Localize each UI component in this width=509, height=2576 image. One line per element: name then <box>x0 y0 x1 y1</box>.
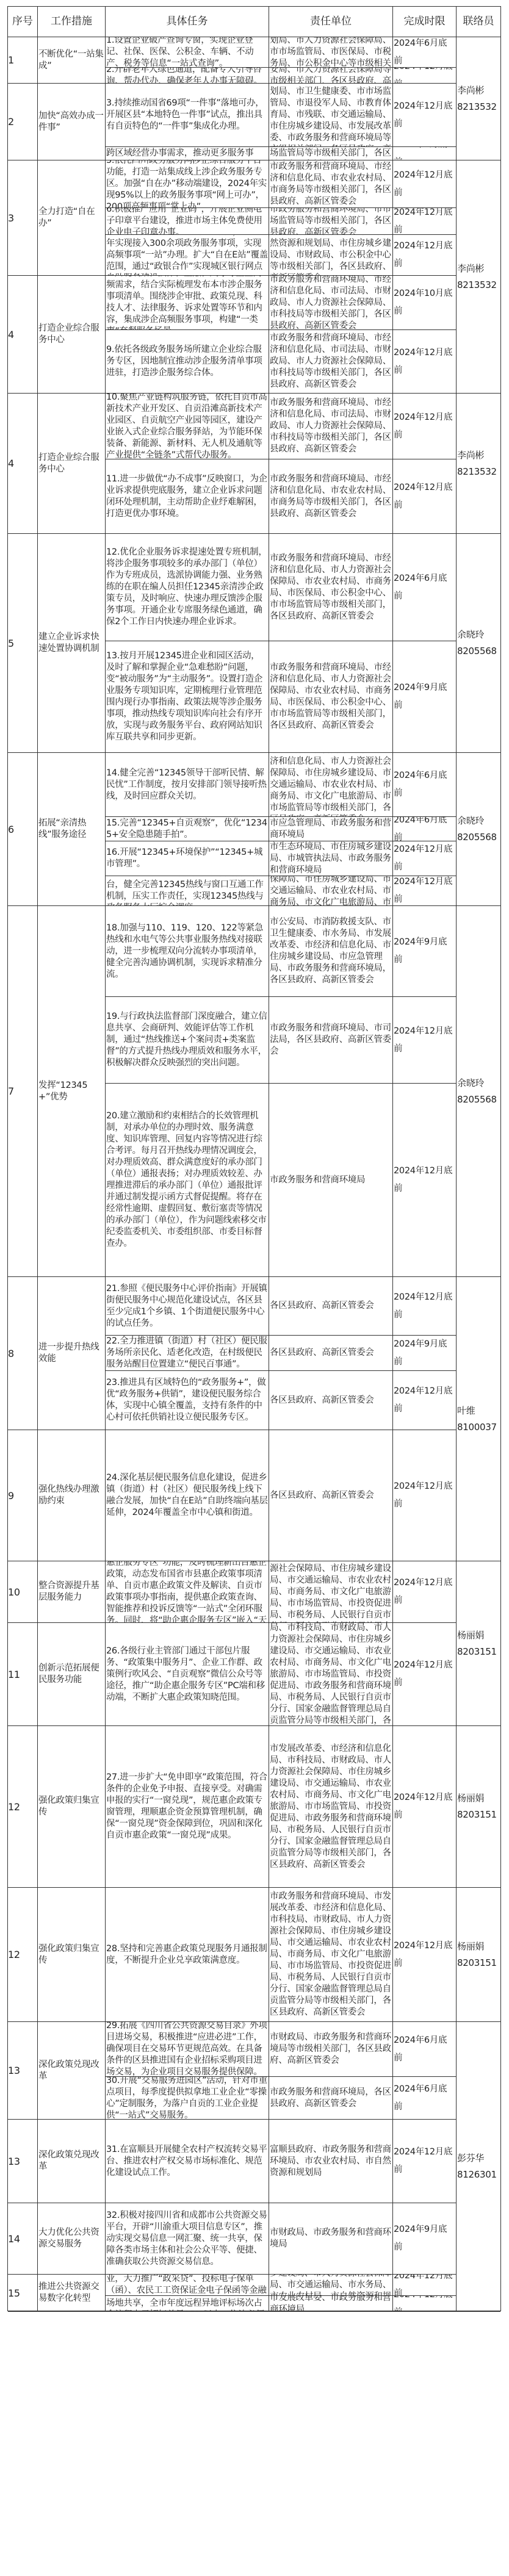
deadline: 2024年9月底前 <box>393 147 457 160</box>
work-measure-text: 大力优化公共资源交易服务 <box>38 2228 99 2249</box>
task-description: 12.优化企业服务诉求提速处置专班机制，将涉企服务事项较多的承办部门（单位）作为… <box>106 534 269 641</box>
task-description: 27.进一步扩大“免申即享”政策范围，符合条件的企业免予申报、直接享受。对确需申… <box>106 1726 269 1888</box>
work-measure-text: 强化政策归集宣传 <box>38 1796 99 1817</box>
deadline: 2024年12月底前 <box>393 1371 457 1430</box>
deadline-text: 2024年12月底前 <box>394 1660 452 1688</box>
task-description-text: 2.开辟老年人绿色通道，配备专人引导咨询、帮办代办，确保老年人办事无障碍。 <box>106 68 262 84</box>
deadline: 2024年12月底前 <box>393 330 457 394</box>
row-seq-number-text: 7 <box>8 1085 14 1097</box>
work-measure-text: 进一步提升热线效能 <box>38 1342 99 1364</box>
responsible-units: 市发展改革委、市政务服务和营商环境局 <box>269 2296 393 2312</box>
responsible-units: 市政务服务和营商环境局，各区县政府、高新区管委会 <box>269 2077 393 2120</box>
responsible-units: 市政务服务和营商环境局、市经济和信息化局、市农业农村局、市商务局等市级相关部门，… <box>269 459 393 534</box>
responsible-units-text: 市政务服务和营商环境局 <box>270 1175 365 1185</box>
task-description-text: 32.积极对接四川省和成都市公共资源交易平台，开辟“川渝重大项目信息专区”，推动… <box>106 2211 267 2267</box>
responsible-units-text: 市政务服务和营商环境局，各区县政府、高新区管委会 <box>270 2087 391 2109</box>
row-seq-number: 12 <box>8 1726 38 1888</box>
deadline-text: 2024年6月底前 <box>394 38 447 66</box>
contact-person-text-1: 8203151 <box>457 1646 497 1657</box>
row-seq-number-text: 1 <box>8 54 14 66</box>
responsible-units-text: 市政务服务和营商环境局、市经济和信息化局、市人力资源社会保障局、市农业农村局、市… <box>270 553 391 621</box>
deadline: 2024年12月底前 <box>393 1623 457 1726</box>
responsible-units-text: 各区县政府、高新区管委会 <box>270 1301 374 1311</box>
contact-person-text-1: 8100037 <box>457 1422 497 1433</box>
row-seq-number-text: 13 <box>8 2156 20 2167</box>
responsible-units: 市政务服务和营商环境局、市经济和信息化局、市人力资源社会保障局、市农业农村局、市… <box>269 534 393 641</box>
row-seq-number-text: 8 <box>8 1348 14 1359</box>
deadline: 2024年12月底前 <box>393 459 457 534</box>
contact-person: 李尚彬8213532 <box>457 37 500 160</box>
task-description: 13.按月开展12345进企业和园区活动，及时了解和掌握企业“急难愁盼”问题，变… <box>106 641 269 753</box>
deadline: 2024年10月底前 <box>393 276 457 330</box>
task-description: 19.与行政执法监督部门深度融合，建立信息共享、会商研判、效能评估等工作机制，通… <box>106 997 269 1084</box>
deadline: 2024年9月底前 <box>393 641 457 753</box>
row-seq-number: 4 <box>8 394 38 534</box>
work-measure-text: 全力打造“自在办” <box>38 207 95 228</box>
deadline: 2024年12月底前 <box>393 84 457 147</box>
responsible-units-text: 市政务服务和营商环境局、市发展改革委、市财政局、市住房城乡建设局、市人力资源社会… <box>270 2275 391 2296</box>
responsible-units-text: 市发展改革委、市政务服务和营商环境局 <box>270 2296 391 2312</box>
responsible-units: 市公安局、市民政局、市人力资源社会保障局、市自然资源和规划局、市卫生健康委、市市… <box>269 84 393 147</box>
contact-person-text-1: 8205568 <box>457 1094 497 1105</box>
deadline-text: 2024年12月底前 <box>394 2147 452 2175</box>
row-seq-number: 2 <box>8 84 38 160</box>
work-measure-text: 创新示范拓展便民服务功能 <box>38 1663 99 1685</box>
deadline-text: 2024年12月底前 <box>394 170 452 198</box>
responsible-units: 市发展改革委、市经济和信息化局、市科技局、市财政局、市人力资源社会保障局、市住房… <box>269 1726 393 1888</box>
row-seq-number-text: 4 <box>8 329 14 340</box>
row-seq-number-text: 14 <box>8 2233 20 2245</box>
deadline: 2024年12月底前 <box>393 68 457 84</box>
row-seq-number: 5 <box>8 534 38 753</box>
deadline-text: 2024年12月底前 <box>394 1166 452 1193</box>
contact-person: 杨丽娟8203151 <box>457 1726 500 1888</box>
responsible-units: 市政务服务和营商环境局、市发展改革委、市经济和信息化局、市科技局、市财政局、市人… <box>269 1561 393 1623</box>
deadline: 2024年9月底前 <box>393 2203 457 2275</box>
task-description-text: 22.全力推进镇（街道）村（社区）便民服务场所亲民化、适老化改造，在村级便民服务… <box>106 1336 267 1369</box>
task-description: 17.打造“12345+政务大厅”综合服务平台，健全完善12345热线与窗口互通… <box>106 876 269 906</box>
contact-person-text: 彭芬华 <box>457 2153 484 2164</box>
row-seq-number-text: 13 <box>8 2065 20 2076</box>
work-measure-text: 打造企业综合服务中心 <box>38 453 99 474</box>
row-seq-number: 7 <box>8 906 38 1277</box>
row-seq-number: 1 <box>8 37 38 84</box>
contact-person: 余晓玲8205568 <box>457 753 500 906</box>
responsible-units: 市政务服务和营商环境局 <box>269 1084 393 1277</box>
row-seq-number: 13 <box>8 2022 38 2120</box>
task-description: 4.着力推进高频事项全域通办，聚焦企业跨区域经营办事需求，推动更多服务事项“川渝… <box>106 147 269 160</box>
row-seq-number: 10 <box>8 1561 38 1623</box>
row-seq-number: 6 <box>8 753 38 906</box>
contact-person-text-1: 8126301 <box>457 2169 497 2180</box>
contact-person-text: 李尚彬 <box>457 85 484 96</box>
task-description: 26.各级行业主管部门通过干部包片服务、“政策集中服务月”、企业工作群、政策例行… <box>106 1623 269 1726</box>
responsible-units: 市财政局、市政务服务和营商环境局等市级相关部门，各区县政府、高新区管委会 <box>269 2022 393 2077</box>
contact-person-text: 杨丽娟 <box>457 1793 484 1804</box>
responsible-units-text: 市财政局、市政务服务和营商环境局等市级相关部门，各区县政府、高新区管委会 <box>270 2032 391 2065</box>
contact-person: 彭芬华8126301 <box>457 2022 500 2312</box>
task-description: 31.在富顺县开展健全农村产权流转交易平台、推进农村产权交易市场标准化、规范化建… <box>106 2120 269 2203</box>
deadline: 2024年12月底前 <box>393 997 457 1084</box>
task-description: 9.依托各级政务服务场所建立企业综合服务专区，因地制宜推动涉企服务清单事项进驻，… <box>106 330 269 394</box>
contact-person: 余晓玲8205568 <box>457 534 500 753</box>
contact-person-text-1: 8213532 <box>457 101 497 112</box>
work-measure: 大力优化公共资源交易服务 <box>38 2203 106 2275</box>
task-description-text: 12.优化企业服务诉求提速处置专班机制，将涉企服务事项较多的承办部门（单位）作为… <box>106 547 267 627</box>
responsible-units: 市政务服务和营商环境局、市司法局，各区县政府、高新区管委会 <box>269 997 393 1084</box>
contact-person-text-1: 8203151 <box>457 1957 497 1968</box>
row-seq-number-text: 4 <box>8 458 14 469</box>
task-description-text: 31.在富顺县开展健全农村产权流转交易平台、推进农村产权交易市场标准化、规范化建… <box>106 2145 267 2178</box>
work-measure: 加快“高效办成一件事” <box>38 84 106 160</box>
task-description-text: 34.深入推进工程建设项目异地远程评标和不见面开标常态化开展，实现市、区交易场地… <box>106 2296 267 2312</box>
deadline: 2024年12月底前 <box>393 2120 457 2203</box>
deadline-text: 2024年12月底前 <box>394 1481 452 1509</box>
deadline-text: 2024年6月底前 <box>394 574 447 601</box>
task-description: 10.聚焦产业链构筑服务链，依托自贡市高新技术产业开发区、自贡沿滩高新技术产业园… <box>106 394 269 459</box>
work-measure-text: 拓展“亲清热线”服务途径 <box>38 818 86 840</box>
responsible-units-text: 市政务服务和营商环境局、市市场监管局等市级相关部门，各区县政府、高新区管委会 <box>270 147 391 160</box>
deadline-text: 2024年12月底前 <box>394 1386 452 1414</box>
task-description: 20.建立激励和约束相结合的长效管理机制，对承办单位的办理时效、服务满意度、知识… <box>106 1084 269 1277</box>
responsible-units-text: 各区县政府、高新区管委会 <box>270 1395 374 1405</box>
row-seq-number: 8 <box>8 1277 38 1430</box>
deadline-text: 2024年12月底前 <box>394 1941 452 1968</box>
deadline: 2024年6月底前 <box>393 37 457 68</box>
deadline: 2024年6月底前 <box>393 753 457 817</box>
deadline-text: 2024年9月底前 <box>394 683 447 710</box>
deadline-text: 2024年12月底前 <box>394 844 452 872</box>
deadline: 2024年12月底前 <box>393 1888 457 2022</box>
responsible-units-text: 各区县政府、高新区管委会 <box>270 1348 374 1358</box>
responsible-units: 富顺县政府、市政务服务和营商环境局、市农业农村局、市自然资源和规划局 <box>269 2120 393 2203</box>
task-description: 23.推进具有区域特色的“政务服务+”，做优“政务服务+供销”，建设便民服务综合… <box>106 1371 269 1430</box>
responsible-units: 各区县政府、高新区管委会 <box>269 1371 393 1430</box>
work-measure: 强化政策归集宣传 <box>38 1888 106 2022</box>
responsible-units: 市公安局、市消防救援支队、市卫生健康委、市水务局、市发展改革委、市经济和信息化局… <box>269 906 393 997</box>
contact-person-text-1: 8203151 <box>457 1809 497 1820</box>
task-description: 34.深入推进工程建设项目异地远程评标和不见面开标常态化开展，实现市、区交易场地… <box>106 2296 269 2312</box>
task-description: 3.持续推动国省69项“一件事”落地可办，开展区县“本地特色一件事”试点，推出具… <box>106 84 269 147</box>
work-measure-text: 不断优化“一站集成” <box>38 49 104 71</box>
work-measure-text: 建立企业诉求快速处置协调机制 <box>38 632 99 653</box>
task-description-text: 13.按月开展12345进企业和园区活动，及时了解和掌握企业“急难愁盼”问题，变… <box>106 651 262 742</box>
task-description: 25.完善一体化政务服务平台自贡市“助企惠企服务专区”功能，及时梳理新出台惠企政… <box>106 1561 269 1623</box>
contact-person-text: 李尚彬 <box>457 450 484 461</box>
deadline-text: 2024年12月底前 <box>394 412 452 440</box>
deadline-text: 2024年12月底前 <box>394 877 452 904</box>
responsible-units-text: 市应急管理局、市政务服务和营商环境局 <box>270 818 391 840</box>
task-description: 30.开展“交易服务进园区”活动，针对市重点项目，每季度提供拟拿地工业企业“零操… <box>106 2077 269 2120</box>
task-description-text: 33.公共资源电子交易平台增设金融服务类板块，金融政策及优惠政策直通投标企业，大… <box>106 2275 267 2296</box>
deadline-text: 2024年12月底前 <box>394 1292 452 1320</box>
contact-person-text: 叶维 <box>457 1405 475 1416</box>
task-description: 6.积极推广应用“企业码”，开展企业侧电子印章平台建设，推进市场主体免费使用企业… <box>106 208 269 235</box>
deadline: 2024年9月底前 <box>393 1336 457 1371</box>
task-description-text: 30.开展“交易服务进园区”活动，针对市重点项目，每季度提供拟拿地工业企业“零操… <box>106 2077 267 2120</box>
responsible-units-text: 市发展改革委、市经济和信息化局、市科技局、市财政局、市人力资源社会保障局、市住房… <box>270 1623 391 1726</box>
task-description-text: 8.围绕政策、法律、金融、人才等企业高频需求，结合实际梳理发布本市涉企服务事项清… <box>106 276 262 330</box>
deadline: 2024年12月底前 <box>393 1726 457 1888</box>
responsible-units: 市政务服务和营商环境局、市经济和信息化局、市人力资源社会保障局、市住房城乡建设局… <box>269 753 393 817</box>
task-description-text: 29.拓展《四川省公共资源交易目录》外项目进场交易，积极推进“应进必进”工作，确… <box>106 2022 267 2077</box>
responsible-units-text: 市政务服务和营商环境局、市自然资源和规划局、市住房城乡建设局、市财政局、市公积金… <box>270 235 391 276</box>
deadline: 2024年12月底前 <box>393 1430 457 1561</box>
responsible-units: 市政务服务和营商环境局、市经济和信息化局、市农业农村局、市商务局等市级相关部门，… <box>269 160 393 208</box>
deadline: 2024年12月底前 <box>393 2275 457 2296</box>
deadline-text: 2024年12月底前 <box>394 2296 452 2312</box>
task-description: 11.进一步做优“办不成事”反映窗口，为企业诉求提供兜底服务，建立企业诉求问题闭… <box>106 459 269 534</box>
task-description: 22.全力推进镇（街道）村（社区）便民服务场所亲民化、适老化改造，在村级便民服务… <box>106 1336 269 1371</box>
task-description-text: 14.健全完善“12345领导干部听民情、解民忧”工作制度，按月安排部门领导接听… <box>106 768 267 801</box>
work-measure: 强化热线办理激励约束 <box>38 1430 106 1561</box>
task-description-text: 26.各级行业主管部门通过干部包片服务、“政策集中服务月”、企业工作群、政策例行… <box>106 1646 265 1702</box>
row-seq-number: 4 <box>8 276 38 394</box>
deadline: 2024年12月底前 <box>393 235 457 276</box>
responsible-units: 市应急管理局、市政务服务和营商环境局 <box>269 817 393 841</box>
work-measure-text: 整合资源提升基层服务能力 <box>38 1581 99 1602</box>
row-seq-number-text: 10 <box>8 1586 20 1598</box>
row-seq-number: 11 <box>8 1623 38 1726</box>
contact-person-text: 余晓玲 <box>457 1078 484 1088</box>
row-seq-number: 15 <box>8 2275 38 2312</box>
contact-person: 李尚彬8213532 <box>457 394 500 534</box>
deadline-text: 2024年6月底前 <box>394 771 447 798</box>
deadline: 2024年12月底前 <box>393 841 457 876</box>
work-measure-text: 发挥“12345+”优势 <box>38 1081 87 1102</box>
contact-person: 李尚彬8213532 <box>457 160 500 394</box>
work-measure: 全力打造“自在办” <box>38 160 106 276</box>
responsible-units: 各区县政府、高新区管委会 <box>269 1277 393 1336</box>
responsible-units: 市政务服务和营商环境局、市市场监管局等市级相关部门，各区县政府、高新区管委会 <box>269 208 393 235</box>
deadline-text: 2024年6月底前 <box>394 2035 447 2063</box>
work-task-table: 序号 工作措施 具体任务 责任单位 完成时限 联络员 1不断优化“一站集成”2加… <box>7 6 501 2311</box>
responsible-units-text: 市政务服务和营商环境局、市经济和信息化局、市司法局、市财政局、市人力资源社会保障… <box>270 398 391 454</box>
deadline: 2024年12月底前 <box>393 876 457 906</box>
task-description-text: 9.依托各级政务服务场所建立企业综合服务专区，因地制宜推动涉企服务清单事项进驻，… <box>106 345 262 378</box>
responsible-units: 市法院、市政务服务和营商环境局、市公安局、市自然资源和规划局、市人力资源社会保障… <box>269 37 393 68</box>
contact-person-text-1: 8213532 <box>457 466 497 477</box>
responsible-units: 市发展改革委、市经济和信息化局、市科技局、市财政局、市人力资源社会保障局、市住房… <box>269 1623 393 1726</box>
deadline: 2024年12月底前 <box>393 1084 457 1277</box>
responsible-units-text: 市政务服务和营商环境局、市经济和信息化局、市人力资源社会保障局、市住房城乡建设局… <box>270 753 391 817</box>
row-seq-number-text: 9 <box>8 1490 14 1502</box>
work-measure: 深化政策兑现改革 <box>38 2022 106 2120</box>
work-measure: 打造企业综合服务中心 <box>38 394 106 534</box>
work-measure-text: 强化政策归集宣传 <box>38 1944 99 1965</box>
responsible-units: 市政务服务和营商环境局、市经济和信息化局、市人力资源社会保障局、市住房城乡建设局… <box>269 876 393 906</box>
responsible-units-text: 市公安局、市消防救援支队、市卫生健康委、市水务局、市发展改革委、市经济和信息化局… <box>270 917 391 985</box>
task-description: 14.健全完善“12345领导干部听民情、解民忧”工作制度，按月安排部门领导接听… <box>106 753 269 817</box>
contact-person-text: 杨丽娟 <box>457 1941 484 1952</box>
work-measure-text: 加快“高效办成一件事” <box>38 111 104 132</box>
task-description: 32.积极对接四川省和成都市公共资源交易平台，开辟“川渝重大项目信息专区”，推动… <box>106 2203 269 2275</box>
row-seq-number: 9 <box>8 1430 38 1561</box>
task-description: 33.公共资源电子交易平台增设金融服务类板块，金融政策及优惠政策直通投标企业，大… <box>106 2275 269 2296</box>
responsible-units-text: 市法院、市政务服务和营商环境局、市公安局、市自然资源和规划局、市人力资源社会保障… <box>270 37 391 68</box>
row-seq-number-text: 3 <box>8 212 14 224</box>
deadline-text: 2024年10月底前 <box>394 289 452 316</box>
task-description: 1.设置企业破产查询专窗，实现企业登记、社保、医保、公积金、车辆、不动产、税务等… <box>106 37 269 68</box>
responsible-units-text: 市生态环境局、市住房城乡建设局、市城管执法局、市政务服务和营商环境局 <box>270 842 391 875</box>
deadline-text: 2024年9月底前 <box>394 147 447 160</box>
work-measure: 整合资源提升基层服务能力 <box>38 1561 106 1623</box>
deadline-text: 2024年12月底前 <box>394 1026 452 1054</box>
deadline-text: 2024年12月底前 <box>394 2275 452 2296</box>
contact-person: 杨丽娟8203151 <box>457 1888 500 2022</box>
task-description-text: 10.聚焦产业链构筑服务链，依托自贡市高新技术产业开发区、自贡沿滩高新技术产业园… <box>106 394 267 459</box>
responsible-units-text: 市政务服务和营商环境局、市市场监管局等市级相关部门，各区县政府、高新区管委会 <box>270 208 391 235</box>
responsible-units-text: 市政务服务和营商环境局、市经济和信息化局、市司法局、市财政局、市人力资源社会保障… <box>270 276 391 330</box>
header-deadline: 完成时限 <box>393 7 457 37</box>
deadline: 2024年12月底前 <box>393 208 457 235</box>
work-measure-text: 强化热线办理激励约束 <box>38 1484 99 1506</box>
responsible-units-text: 市政务服务和营商环境局、市经济和信息化局、市农业农村局、市商务局等市级相关部门，… <box>270 474 391 519</box>
contact-person: 叶维8100037 <box>457 1277 500 1561</box>
row-seq-number-text: 11 <box>8 1669 20 1680</box>
responsible-units-text: 市政务服务和营商环境局、市经济和信息化局、市司法局、市财政局、市人力资源社会保障… <box>270 333 391 389</box>
responsible-units-text: 市公安局、市民政局、市人力资源社会保障局、市自然资源和规划局、市卫生健康委、市市… <box>270 84 391 147</box>
work-measure: 进一步提升热线效能 <box>38 1277 106 1430</box>
task-description-text: 24.深化基层便民服务信息化建设，促进乡镇（街道）村（社区）便民服务线上线下融合… <box>106 1473 268 1517</box>
task-description: 18.加强与110、119、120、122等紧急热线和水电气等公共事业服务热线对… <box>106 906 269 997</box>
deadline-text: 2024年12月底前 <box>394 1793 452 1820</box>
task-description-text: 19.与行政执法监督部门深度融合，建立信息共享、会商研判、效能评估等工作机制，通… <box>106 1012 267 1068</box>
header-contact: 联络员 <box>457 7 500 37</box>
responsible-units: 市政务服务和营商环境局、市公安局、市人力资源社会保障局等市级相关部门，各区县政府… <box>269 68 393 84</box>
row-seq-number: 13 <box>8 2120 38 2203</box>
deadline: 2024年12月底前 <box>393 1277 457 1336</box>
contact-person-text: 李尚彬 <box>457 263 484 274</box>
responsible-units-text: 市政务服务和营商环境局、市司法局，各区县政府、高新区管委会 <box>270 1023 391 1056</box>
responsible-units: 市政务服务和营商环境局、市经济和信息化局、市司法局、市财政局、市人力资源社会保障… <box>269 276 393 330</box>
work-measure: 强化政策归集宣传 <box>38 1726 106 1888</box>
responsible-units-text: 市政务服务和营商环境局、市发展改革委、市经济和信息化局、市科技局、市财政局、市人… <box>270 1561 391 1623</box>
responsible-units-text: 市发展改革委、市经济和信息化局、市科技局、市财政局、市人力资源社会保障局、市住房… <box>270 1744 391 1869</box>
task-description: 28.坚持和完善惠企政策兑现服务月通报制度，不断提升企业兑享政策满意度。 <box>106 1888 269 2022</box>
responsible-units-text: 市政务服务和营商环境局、市经济和信息化局、市农业农村局、市商务局等市级相关部门，… <box>270 162 391 206</box>
task-description-text: 20.建立激励和约束相结合的长效管理机制，对承办单位的办理时效、服务满意度、知识… <box>106 1111 267 1248</box>
responsible-units: 市政务服务和营商环境局、市自然资源和规划局、市住房城乡建设局、市财政局、市公积金… <box>269 235 393 276</box>
responsible-units-text: 市政务服务和营商环境局、市发展改革委、市经济和信息化局、市科技局、市财政局、市人… <box>270 1891 391 2017</box>
responsible-units: 市政务服务和营商环境局、市经济和信息化局、市司法局、市财政局、市人力资源社会保障… <box>269 330 393 394</box>
deadline-text: 2024年12月底前 <box>394 208 452 235</box>
task-description: 24.深化基层便民服务信息化建设，促进乡镇（街道）村（社区）便民服务线上线下融合… <box>106 1430 269 1561</box>
row-seq-number-text: 15 <box>8 2287 20 2299</box>
task-description: 2.开辟老年人绿色通道，配备专人引导咨询、帮办代办，确保老年人办事无障碍。 <box>106 68 269 84</box>
header-units: 责任单位 <box>269 7 393 37</box>
responsible-units-text: 市政务服务和营商环境局、市经济和信息化局、市人力资源社会保障局、市农业农村局、市… <box>270 663 391 730</box>
header-measure: 工作措施 <box>38 7 106 37</box>
task-description: 21.参照《便民服务中心评价指南》开展镇街便民服务中心规范化建设试点，各区县至少… <box>106 1277 269 1336</box>
deadline-text: 2024年12月底前 <box>394 1578 452 1605</box>
work-measure: 打造企业综合服务中心 <box>38 276 106 394</box>
responsible-units: 市财政局、市政务服务和营商环境局 <box>269 2203 393 2275</box>
deadline-text: 2024年12月底前 <box>394 68 452 84</box>
deadline-text: 2024年12月底前 <box>394 348 452 375</box>
header-task: 具体任务 <box>106 7 269 37</box>
contact-person-text: 余晓玲 <box>457 815 484 826</box>
responsible-units-text: 各区县政府、高新区管委会 <box>270 1491 374 1500</box>
work-measure-text: 深化政策兑现改革 <box>38 2060 99 2081</box>
task-description-text: 23.推进具有区域特色的“政务服务+”，做优“政务服务+供销”，建设便民服务综合… <box>106 1378 265 1422</box>
contact-person-text-1: 8205568 <box>457 832 497 843</box>
deadline-text: 2024年6月底前 <box>394 2084 447 2112</box>
task-description-text: 1.设置企业破产查询专窗，实现企业登记、社保、医保、公积金、车辆、不动产、税务等… <box>106 37 253 68</box>
task-description-text: 27.进一步扩大“免申即享”政策范围，符合条件的企业免予申报、直接享受。对确需申… <box>106 1772 267 1840</box>
work-measure: 深化政策兑现改革 <box>38 2120 106 2203</box>
work-measure: 拓展“亲清热线”服务途径 <box>38 753 106 906</box>
work-measure: 建立企业诉求快速处置协调机制 <box>38 534 106 753</box>
task-description-text: 5.依托四川政务服务网涉企综合服务平台功能，打造一站集成线上涉企政务服务专区。加… <box>106 160 267 208</box>
work-measure-text: 深化政策兑现改革 <box>38 2150 99 2171</box>
contact-person-text-1: 8213532 <box>457 279 497 290</box>
task-description-text: 16.开展“12345+环境保护”“12345+城市管理”。 <box>106 847 262 869</box>
work-measure: 推进公共资源交易数字化转型 <box>38 2275 106 2312</box>
row-seq-number: 12 <box>8 1888 38 2022</box>
responsible-units: 市政务服务和营商环境局、市市场监管局等市级相关部门，各区县政府、高新区管委会 <box>269 147 393 160</box>
work-measure-text: 打造企业综合服务中心 <box>38 323 99 345</box>
contact-person: 余晓玲8205568 <box>457 906 500 1277</box>
deadline-text: 2024年6月底前 <box>394 817 447 841</box>
deadline-text: 2024年9月底前 <box>394 2225 447 2252</box>
responsible-units: 各区县政府、高新区管委会 <box>269 1336 393 1371</box>
task-description-text: 4.着力推进高频事项全域通办，聚焦企业跨区域经营办事需求，推动更多服务事项“川渝… <box>106 147 262 160</box>
responsible-units-text: 市政务服务和营商环境局、市公安局、市人力资源社会保障局等市级相关部门，各区县政府… <box>270 68 391 84</box>
deadline: 2024年6月底前 <box>393 2077 457 2120</box>
deadline: 2024年6月底前 <box>393 2022 457 2077</box>
responsible-units: 市政务服务和营商环境局、市发展改革委、市经济和信息化局、市科技局、市财政局、市人… <box>269 1888 393 2022</box>
task-description-text: 11.进一步做优“办不成事”反映窗口，为企业诉求提供兜底服务，建立企业诉求问题闭… <box>106 474 267 519</box>
row-seq-number-text: 12 <box>8 1801 20 1813</box>
task-description-text: 7.建设自贡市“自在E站”管理平台，2024年实现接入300余项政务服务事项，实… <box>106 235 268 276</box>
work-measure-text: 推进公共资源交易数字化转型 <box>38 2282 99 2303</box>
work-measure: 创新示范拓展便民服务功能 <box>38 1623 106 1726</box>
responsible-units-text: 市财政局、市政务服务和营商环境局 <box>270 2228 391 2249</box>
deadline-text: 2024年12月底前 <box>394 483 452 510</box>
deadline: 2024年6月底前 <box>393 817 457 841</box>
contact-person-text: 杨丽娟 <box>457 1630 484 1641</box>
deadline: 2024年12月底前 <box>393 160 457 208</box>
task-description: 15.完善“12345+自贡观察”，优化“12345+安全隐患随手拍”。 <box>106 817 269 841</box>
task-description-text: 18.加强与110、119、120、122等紧急热线和水电气等公共事业服务热线对… <box>106 923 263 979</box>
task-description: 5.依托四川政务服务网涉企综合服务平台功能，打造一站集成线上涉企政务服务专区。加… <box>106 160 269 208</box>
contact-person-text: 余晓玲 <box>457 629 484 640</box>
row-seq-number: 3 <box>8 160 38 276</box>
deadline: 2024年12月底前 <box>393 394 457 459</box>
row-seq-number-text: 6 <box>8 824 14 835</box>
responsible-units-text: 市政务服务和营商环境局、市经济和信息化局、市人力资源社会保障局、市住房城乡建设局… <box>270 876 391 906</box>
deadline-text: 2024年9月底前 <box>394 1339 447 1367</box>
task-description-text: 15.完善“12345+自贡观察”，优化“12345+安全隐患随手拍”。 <box>106 818 267 840</box>
row-seq-number-text: 2 <box>8 116 14 128</box>
row-seq-number: 14 <box>8 2203 38 2275</box>
responsible-units: 市政务服务和营商环境局、市经济和信息化局、市司法局、市财政局、市人力资源社会保障… <box>269 394 393 459</box>
contact-person-text-1: 8205568 <box>457 646 497 657</box>
header-seq: 序号 <box>8 7 38 37</box>
deadline: 2024年9月底前 <box>393 906 457 997</box>
task-description-text: 17.打造“12345+政务大厅”综合服务平台，健全完善12345热线与窗口互通… <box>106 876 264 906</box>
row-seq-number-text: 5 <box>8 638 14 649</box>
work-measure: 发挥“12345+”优势 <box>38 906 106 1277</box>
responsible-units: 各区县政府、高新区管委会 <box>269 1430 393 1561</box>
task-description: 7.建设自贡市“自在E站”管理平台，2024年实现接入300余项政务服务事项，实… <box>106 235 269 276</box>
row-seq-number-text: 12 <box>8 1949 20 1960</box>
responsible-units: 市政务服务和营商环境局、市发展改革委、市财政局、市住房城乡建设局、市人力资源社会… <box>269 2275 393 2296</box>
task-description-text: 3.持续推动国省69项“一件事”落地可办，开展区县“本地特色一件事”试点，推出具… <box>106 98 264 131</box>
task-description: 8.围绕政策、法律、金融、人才等企业高频需求，结合实际梳理发布本市涉企服务事项清… <box>106 276 269 330</box>
task-description-text: 25.完善一体化政务服务平台自贡市“助企惠企服务专区”功能，及时梳理新出台惠企政… <box>106 1561 267 1623</box>
